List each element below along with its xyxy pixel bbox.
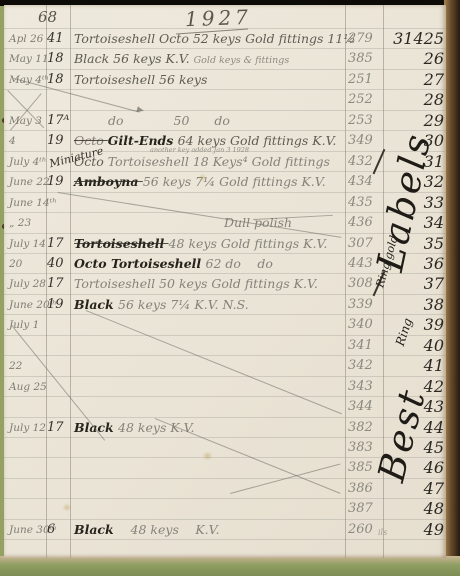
description-segment: Tortoiseshell 18 Keys⁴ Gold fittings	[108, 154, 330, 169]
description-segment: 56 keys 7¼ Gold fittings K.V.	[143, 174, 326, 189]
quantity-cell: 6	[47, 520, 73, 540]
paper-stain	[204, 453, 211, 459]
description-segment: 62 do do	[206, 256, 273, 271]
description-segment: do 50 do	[108, 113, 230, 128]
ledger-row: Aug 2534342	[4, 377, 446, 398]
tally-number-cell: 31425	[382, 29, 444, 49]
date-cell: Apl 26	[9, 29, 49, 49]
amount-cell: 253	[348, 111, 382, 131]
amount-cell: 385	[348, 49, 382, 69]
description-segment: Tortoiseshell 56 keys	[74, 72, 207, 87]
amount-cell: 382	[348, 418, 382, 438]
ledger-row: June 2219Amboyna 56 keys 7¼ Gold fitting…	[4, 172, 446, 193]
description-cell: Black 48 keys K.V.	[74, 520, 346, 540]
quantity-cell: 17	[47, 418, 73, 438]
amount-cell: 344	[348, 397, 382, 417]
ledger-row: May 317ᴬdo 50 do25329	[4, 111, 446, 132]
quantity-cell: 18	[47, 49, 73, 69]
date-cell: May 11	[9, 49, 49, 69]
description-segment: Tortoiseshell Octo 52 keys Gold fittings…	[74, 31, 355, 46]
description-segment: Black	[74, 420, 118, 435]
ledger-photo: 68 1927 Apl 2641Tortoiseshell Octo 52 ke…	[0, 0, 460, 576]
description-segment: Black	[74, 522, 118, 537]
date-cell: Aug 25	[9, 377, 49, 397]
description-cell: Black 56 keys K.V. Gold keys & fittings	[74, 49, 346, 71]
amount-cell: 279	[348, 29, 382, 49]
date-cell: July 1	[9, 315, 49, 335]
quantity-cell: 41	[47, 29, 73, 49]
description-segment: Tortoiseshell	[74, 236, 169, 251]
description-cell: Tortoiseshell 56 keys	[74, 70, 346, 90]
date-cell: July 14	[9, 234, 49, 254]
amount-cell: 343	[348, 377, 382, 397]
paper-stain	[64, 505, 70, 510]
date-cell: July 4ᵗʰ	[9, 152, 49, 172]
ledger-row: Apl 2641Tortoiseshell Octo 52 keys Gold …	[4, 29, 446, 50]
date-cell: June 22	[9, 172, 49, 192]
description-cell: Tortoiseshell 48 keys Gold fittings K.V.	[74, 234, 346, 254]
quantity-cell: 17	[47, 234, 73, 254]
description-segment: Octo Tortoiseshell	[74, 256, 206, 271]
quantity-cell: 17ᴬ	[47, 111, 73, 131]
ledger-page: 68 1927 Apl 2641Tortoiseshell Octo 52 ke…	[4, 5, 446, 558]
date-cell: 4	[9, 131, 49, 151]
description-segment: 48 keys K.V.	[118, 522, 219, 537]
amount-cell: 251	[348, 70, 382, 90]
amount-cell: 435	[348, 193, 382, 213]
amount-cell: 342	[348, 356, 382, 376]
quantity-cell: 19	[47, 295, 73, 315]
description-segment: 56 keys 7¼ K.V. N.S.	[118, 297, 249, 312]
description-cell: Octo Tortoiseshell 62 do do	[74, 254, 346, 274]
quantity-cell: Miniature	[47, 148, 77, 174]
description-cell: Octo Tortoiseshell 18 Keys⁴ Gold fitting…	[74, 152, 346, 172]
quantity-cell: 40	[47, 254, 73, 274]
description-cell: Black 56 keys 7¼ K.V. N.S.	[74, 295, 346, 315]
photo-bottom-edge	[0, 556, 460, 576]
description-cell: Black 48 keys K.V.	[74, 418, 346, 438]
description-cell: Tortoiseshell 50 keys Gold fittings K.V.	[74, 274, 346, 294]
date-cell: 20	[9, 254, 49, 274]
date-cell: „ 23	[9, 213, 49, 233]
date-cell: June 20ᵗʰ	[9, 295, 49, 315]
date-cell: July 12	[9, 418, 49, 438]
paper-stain	[200, 175, 205, 180]
description-segment: Gold keys & fittings	[194, 55, 290, 66]
date-cell: June 14ᵗʰ	[9, 193, 49, 213]
date-cell: July 28	[9, 274, 49, 294]
ledger-row: 34443	[4, 397, 446, 418]
description-segment: 48 keys K.V.	[118, 420, 194, 435]
date-cell: 22	[9, 356, 49, 376]
description-cell: Tortoiseshell Octo 52 keys Gold fittings…	[74, 29, 346, 49]
quantity-cell: 17	[47, 274, 73, 294]
amount-cell: 252	[348, 90, 382, 110]
ledger-row: July 4ᵗʰMiniatureOcto Tortoiseshell 18 K…	[4, 152, 446, 173]
amount-cell: 434	[348, 172, 382, 192]
date-cell: June 30ᵗʰ	[9, 520, 49, 540]
ledger-row: May 4ᵗʰ18Tortoiseshell 56 keys25127	[4, 70, 446, 91]
description-segment: Amboyna	[74, 174, 143, 189]
amount-cell: 349	[348, 131, 382, 151]
description-cell: do 50 do	[74, 111, 346, 131]
ledger-row: May 1118Black 56 keys K.V. Gold keys & f…	[4, 49, 446, 70]
description-segment: Black	[74, 297, 118, 312]
description-segment: 48 keys Gold fittings K.V.	[169, 236, 328, 251]
description-cell: Amboyna 56 keys 7¼ Gold fittings K.V.	[74, 172, 346, 192]
description-segment: Tortoiseshell 50 keys Gold fittings K.V.	[74, 276, 318, 291]
quantity-cell: 19	[47, 172, 73, 192]
description-segment: Black 56 keys K.V.	[74, 51, 194, 66]
